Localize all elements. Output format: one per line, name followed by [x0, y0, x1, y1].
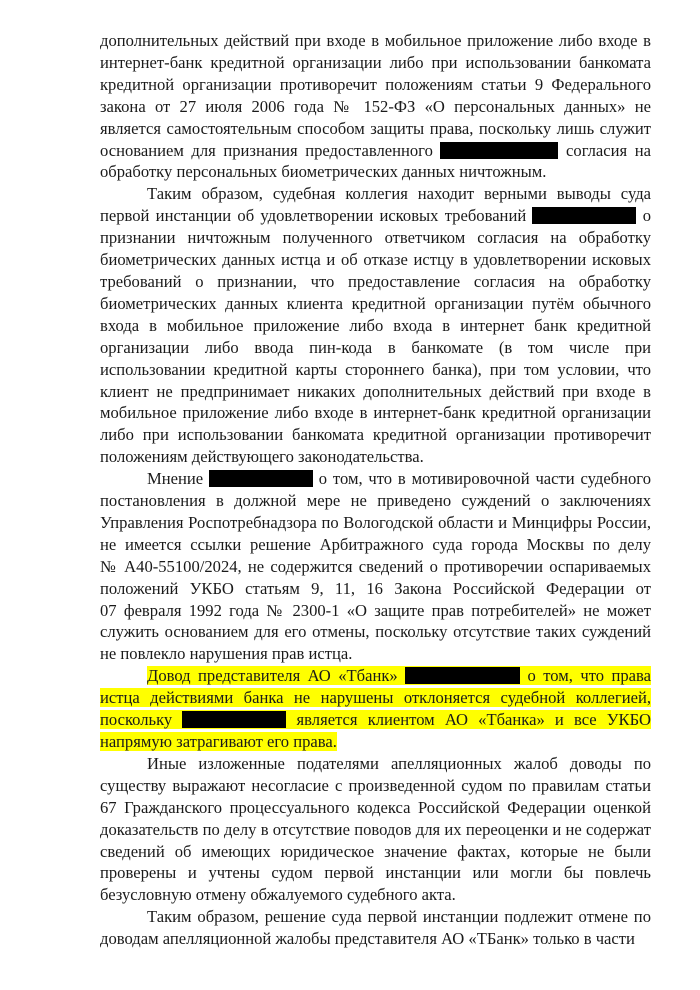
text-line: признании ничтожным полученного ответчик… — [100, 227, 651, 249]
text-fragment: основанием для признания предоставленног… — [100, 141, 440, 160]
text-fragment: является клиентом АО «Тбанка» и все УКБО — [286, 710, 651, 729]
text-line: кредитной организации противоречит полож… — [100, 74, 651, 96]
text-line: либо при использовании банкомата кредитн… — [100, 424, 651, 446]
text-line: существу выражают несогласие с произведе… — [100, 775, 651, 797]
text-line: Таким образом, решение суда первой инста… — [100, 906, 651, 928]
text-line: не имеется ссылки решение Арбитражного с… — [100, 534, 651, 556]
text-line: Мнение о том, что в мотивировочной части… — [100, 468, 651, 490]
redaction-box — [182, 711, 286, 728]
text-fragment: о том, что в мотивировочной части судебн… — [313, 469, 651, 488]
redaction-box — [405, 667, 520, 684]
text-line: постановления в должной мере не приведен… — [100, 490, 651, 512]
highlighted-text: Довод представителя АО «Тбанк» о том, чт… — [147, 666, 651, 685]
text-fragment: поскольку — [100, 710, 182, 729]
text-line: поскольку является клиентом АО «Тбанка» … — [100, 709, 651, 731]
text-line: мобильное приложение либо входе в интерн… — [100, 402, 651, 424]
text-line: Иные изложенные подателями апелляционных… — [100, 753, 651, 775]
redaction-box — [532, 207, 636, 224]
highlighted-text: поскольку является клиентом АО «Тбанка» … — [100, 710, 651, 729]
text-line: служить основанием для его отмены, поско… — [100, 621, 651, 643]
text-line: Довод представителя АО «Тбанк» о том, чт… — [100, 665, 651, 687]
text-fragment: о — [636, 206, 651, 225]
text-fragment: Мнение — [147, 469, 209, 488]
text-line: безусловную отмену обжалуемого судебного… — [100, 884, 651, 906]
text-line: положениям действующего законодательства… — [100, 446, 651, 468]
paragraph-p6: Таким образом, решение суда первой инста… — [100, 906, 651, 950]
text-fragment: согласия на — [558, 141, 651, 160]
text-line: биометрических данных истца и об отказе … — [100, 249, 651, 271]
text-line: доказательств по делу в отсутствие повод… — [100, 819, 651, 841]
text-line: не повлекло нарушения прав истца. — [100, 643, 651, 665]
text-line: Таким образом, судебная коллегия находит… — [100, 183, 651, 205]
text-fragment: Довод представителя АО «Тбанк» — [147, 666, 405, 685]
text-line: сведений об имеющих юридическое значение… — [100, 841, 651, 863]
text-line: организации либо ввода пин-кода в банком… — [100, 337, 651, 359]
redaction-box — [209, 470, 313, 487]
text-line: использовании кредитной карты стороннего… — [100, 359, 651, 381]
text-line: истца действиями банка не нарушены откло… — [100, 687, 651, 709]
text-line: обработку персональных биометрических да… — [100, 161, 651, 183]
text-line: дополнительных действий при входе в моби… — [100, 30, 651, 52]
paragraph-p4: Довод представителя АО «Тбанк» о том, чт… — [100, 665, 651, 753]
text-line: требований о признании, что предоставлен… — [100, 271, 651, 293]
text-line: основанием для признания предоставленног… — [100, 140, 651, 162]
paragraph-p1: дополнительных действий при входе в моби… — [100, 30, 651, 183]
text-line: биометрических данных клиента кредитной … — [100, 293, 651, 315]
paragraph-p5: Иные изложенные подателями апелляционных… — [100, 753, 651, 906]
text-fragment: первой инстанции об удовлетворении исков… — [100, 206, 532, 225]
document-page: дополнительных действий при входе в моби… — [100, 30, 651, 950]
text-line: положений УКБО статьям 9, 11, 16 Закона … — [100, 578, 651, 600]
text-line: входа в мобильное приложение либо входа … — [100, 315, 651, 337]
text-line: Управления Роспотребнадзора по Вологодск… — [100, 512, 651, 534]
highlighted-text: истца действиями банка не нарушены откло… — [100, 688, 651, 707]
text-line: интернет-банк кредитной организации либо… — [100, 52, 651, 74]
text-line: № А40-55100/2024, не содержится сведений… — [100, 556, 651, 578]
paragraph-p3: Мнение о том, что в мотивировочной части… — [100, 468, 651, 665]
text-line: является самостоятельным способом защиты… — [100, 118, 651, 140]
text-line: клиент не предпринимает никаких дополнит… — [100, 381, 651, 403]
paragraph-p2: Таким образом, судебная коллегия находит… — [100, 183, 651, 468]
text-line: 07 февраля 1992 года № 2300-1 «О защите … — [100, 600, 651, 622]
highlighted-text: напрямую затрагивают его права. — [100, 732, 337, 751]
text-line: доводам апелляционной жалобы представите… — [100, 928, 651, 950]
text-line: проверены и учтены судом первой инстанци… — [100, 862, 651, 884]
text-fragment: о том, что права — [520, 666, 651, 685]
text-line: первой инстанции об удовлетворении исков… — [100, 205, 651, 227]
text-line: напрямую затрагивают его права. — [100, 731, 651, 753]
text-line: закона от 27 июля 2006 года № 152-ФЗ «О … — [100, 96, 651, 118]
redaction-box — [440, 142, 558, 159]
text-line: 67 Гражданского процессуального кодекса … — [100, 797, 651, 819]
